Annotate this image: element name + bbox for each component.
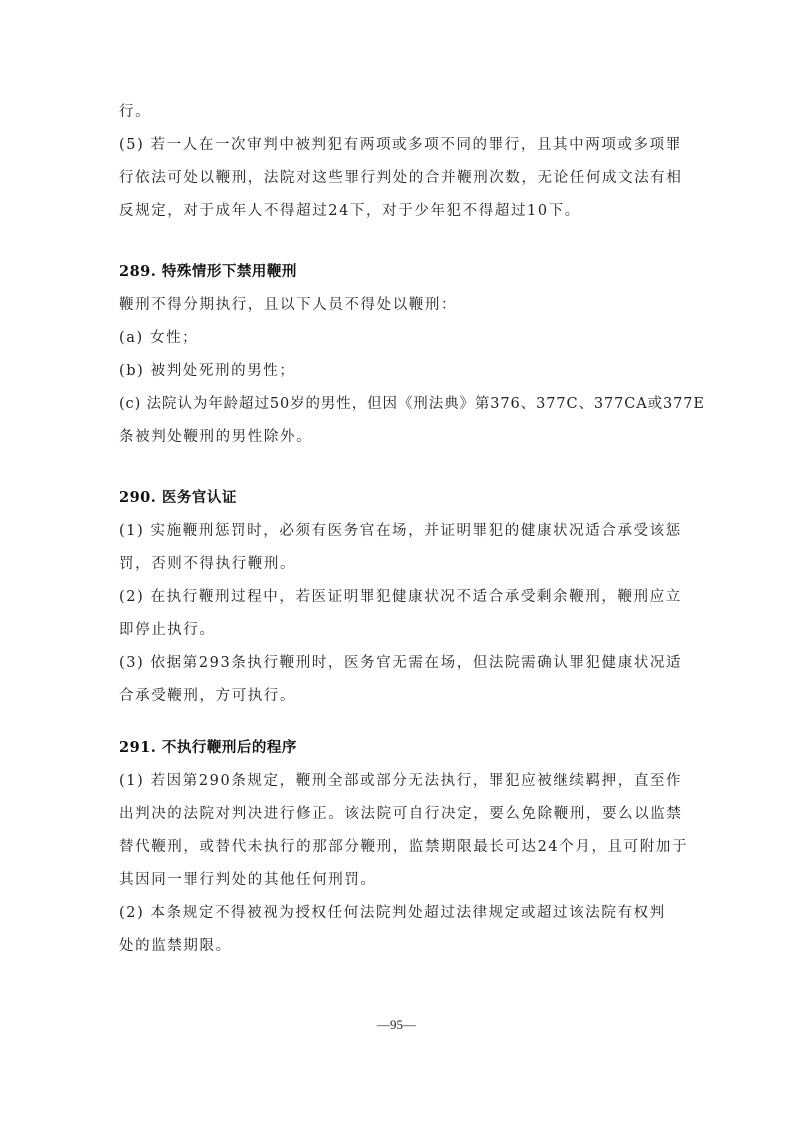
paragraph-line: 行依法可处以鞭刑，法院对这些罪行判处的合并鞭刑次数，无论任何成文法有相: [119, 168, 679, 188]
paragraph-line: 条被判处鞭刑的男性除外。: [119, 427, 679, 447]
paragraph-line: 罚，否则不得执行鞭刑。: [119, 554, 679, 574]
paragraph-line: (2) 在执行鞭刑过程中，若医证明罪犯健康状况不适合承受剩余鞭刑，鞭刑应立: [119, 587, 679, 607]
paragraph-line: 即停止执行。: [119, 620, 679, 640]
page-number: —95—: [0, 1017, 793, 1033]
section-heading: 290. 医务官认证: [119, 488, 679, 508]
list-item: (a) 女性；: [119, 328, 679, 348]
section-heading: 291. 不执行鞭刑后的程序: [119, 738, 679, 758]
continuation-line: 行。: [119, 102, 679, 122]
paragraph-line: (3) 依据第293条执行鞭刑时，医务官无需在场，但法院需确认罪犯健康状况适: [119, 653, 679, 673]
paragraph-line: 鞭刑不得分期执行，且以下人员不得处以鞭刑：: [119, 295, 679, 315]
list-item: (c) 法院认为年龄超过50岁的男性，但因《刑法典》第376、377C、377C…: [119, 394, 679, 414]
paragraph-line: (1) 实施鞭刑惩罚时，必须有医务官在场，并证明罪犯的健康状况适合承受该惩: [119, 521, 679, 541]
paragraph-line: 合承受鞭刑，方可执行。: [119, 686, 679, 706]
paragraph-line: (2) 本条规定不得被视为授权任何法院判处超过法律规定或超过该法院有权判: [119, 903, 679, 923]
list-item: (b) 被判处死刑的男性；: [119, 361, 679, 381]
paragraph-line: (1) 若因第290条规定，鞭刑全部或部分无法执行，罪犯应被继续羁押，直至作: [119, 771, 679, 791]
paragraph-line: 反规定，对于成年人不得超过24下，对于少年犯不得超过10下。: [119, 201, 679, 221]
paragraph-line: 其因同一罪行判处的其他任何刑罚。: [119, 870, 679, 890]
section-heading: 289. 特殊情形下禁用鞭刑: [119, 262, 679, 282]
paragraph-line: 替代鞭刑，或替代未执行的那部分鞭刑，监禁期限最长可达24个月，且可附加于: [119, 837, 679, 857]
paragraph-line: 出判决的法院对判决进行修正。该法院可自行决定，要么免除鞭刑，要么以监禁: [119, 804, 679, 824]
paragraph-line: 处的监禁期限。: [119, 936, 679, 956]
paragraph-line: (5) 若一人在一次审判中被判犯有两项或多项不同的罪行，且其中两项或多项罪: [119, 135, 679, 155]
